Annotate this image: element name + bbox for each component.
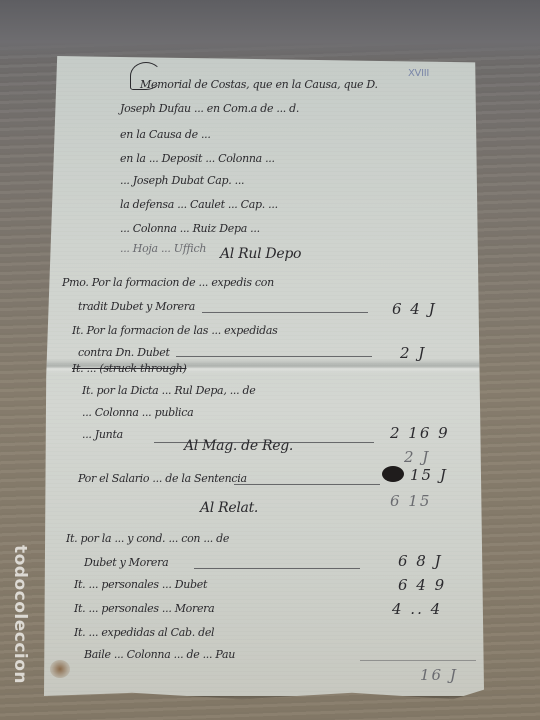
- line-rule: [234, 484, 380, 485]
- item-amount: 6 4 9: [398, 576, 446, 594]
- item-text: It. ... personales ... Morera: [74, 602, 214, 615]
- header-line: Joseph Dufau ... en Com.a de ... d.: [120, 102, 299, 115]
- item-text: ... Junta: [82, 428, 123, 441]
- header-line: Memorial de Costas, que en la Causa, que…: [140, 78, 378, 91]
- item-text: It. por la Dicta ... Rul Depa, ... de: [82, 384, 255, 397]
- item-text: tradit Dubet y Morera: [78, 300, 195, 313]
- section-heading: Al Rul Depo: [220, 246, 301, 262]
- item-text: Baile ... Colonna ... de ... Pau: [84, 648, 235, 661]
- item-text: Por el Salario ... de la Sentencia: [78, 472, 247, 485]
- line-rule: [360, 660, 476, 661]
- item-amount: 6 8 J: [398, 552, 443, 570]
- item-text: ... Colonna ... publica: [82, 406, 193, 419]
- item-text: Pmo. Por la formacion de ... expedis con: [62, 276, 274, 289]
- item-amount: 6 4 J: [392, 300, 437, 318]
- item-amount: 2 J: [400, 344, 426, 362]
- folio-mark: XVIII: [408, 68, 429, 79]
- line-rule: [194, 568, 360, 569]
- header-line: ... Joseph Dubat Cap. ...: [120, 174, 244, 187]
- section-heading: Al Relat.: [200, 500, 258, 516]
- item-text: Dubet y Morera: [84, 556, 168, 569]
- item-amount: 2 16 9: [390, 424, 450, 442]
- section-heading: Al Mag. de Reg.: [184, 438, 293, 454]
- item-amount: 4 .. 4: [392, 600, 442, 618]
- header-line: ... Colonna ... Ruiz Depa ...: [120, 222, 260, 235]
- section-subtotal: 2 J: [404, 448, 430, 466]
- item-text: It. ... expedidas al Cab. del: [74, 626, 214, 639]
- section-subtotal: 6 15: [390, 492, 431, 510]
- wood-background-top: [0, 0, 540, 60]
- header-line: ... Hoja ... Uffich: [120, 242, 206, 255]
- manuscript-page: XVIII Memorial de Costas, que en la Caus…: [44, 56, 484, 696]
- item-text-struck: It. ... (struck through): [72, 362, 186, 375]
- paper-stain: [50, 660, 70, 678]
- item-text: It. ... personales ... Dubet: [74, 578, 207, 591]
- header-line: en la Causa de ...: [120, 128, 211, 141]
- line-rule: [202, 312, 368, 313]
- watermark-text: todocoleccion: [10, 545, 30, 715]
- item-text: contra Dn. Dubet: [78, 346, 170, 359]
- header-line: la defensa ... Caulet ... Cap. ...: [120, 198, 278, 211]
- item-amount: 15 J: [410, 466, 448, 484]
- line-rule: [176, 356, 372, 357]
- ink-blot: [382, 466, 404, 482]
- item-text: It. Por la formacion de las ... expedida…: [72, 324, 278, 337]
- item-text: It. por la ... y cond. ... con ... de: [66, 532, 229, 545]
- footer-amount: 16 J: [420, 666, 458, 684]
- header-line: en la ... Deposit ... Colonna ...: [120, 152, 275, 165]
